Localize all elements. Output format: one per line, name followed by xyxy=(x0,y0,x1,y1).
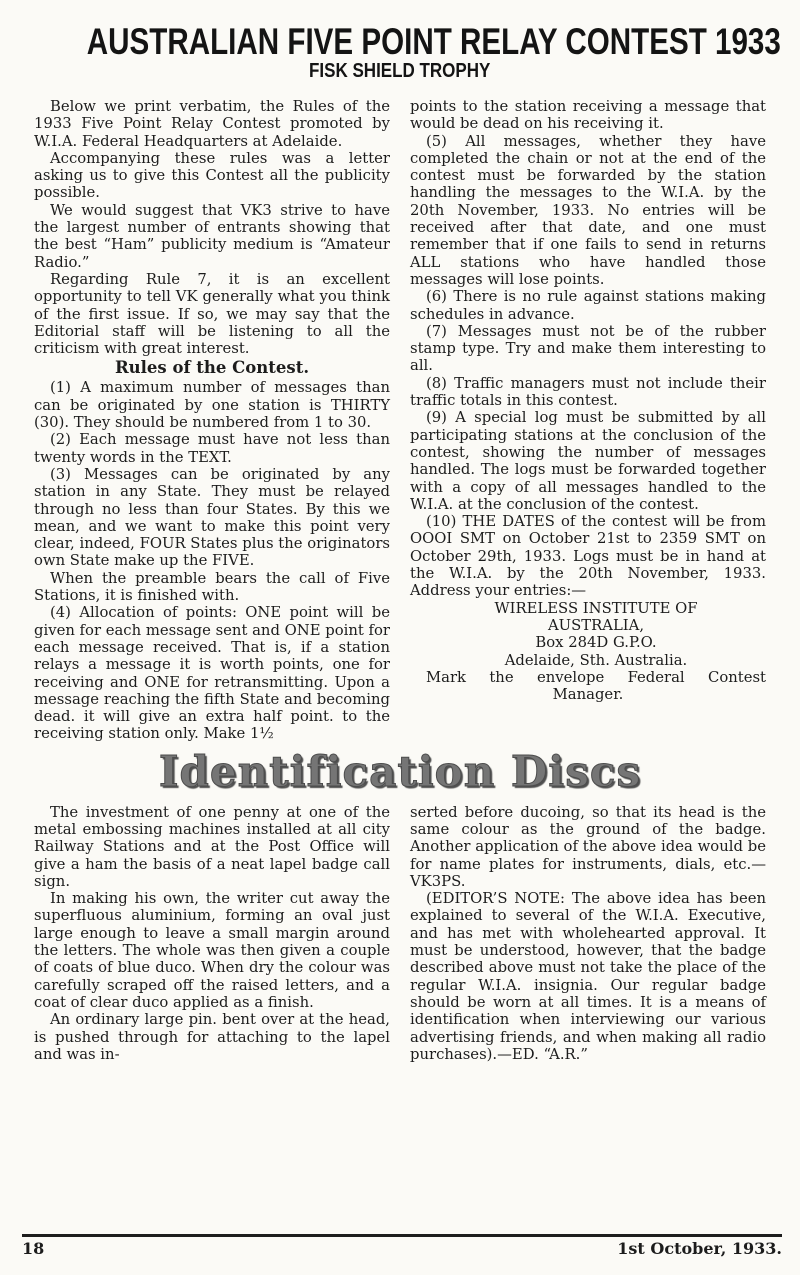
paragraph: Accompanying these rules was a letter as… xyxy=(34,150,390,202)
page-footer: 18 1st October, 1933. xyxy=(22,1234,782,1258)
rule-item: (9) A special log must be submitted by a… xyxy=(410,409,766,513)
address-line: AUSTRALIA, xyxy=(410,617,766,634)
rule-item: (4) Allocation of points: ONE point will… xyxy=(34,604,390,742)
rules-heading: Rules of the Contest. xyxy=(34,358,390,377)
page-title: AUSTRALIAN FIVE POINT RELAY CONTEST 1933 xyxy=(87,24,781,60)
address-line: WIRELESS INSTITUTE OF xyxy=(410,600,766,617)
rule-item: (1) A maximum number of messages than ca… xyxy=(34,379,390,431)
editors-note-paragraph: (EDITOR’S NOTE: The above idea has been … xyxy=(410,890,766,1063)
contest-right-column: points to the station receiving a messag… xyxy=(410,98,766,743)
rule-item: (5) All messages, whether they have comp… xyxy=(410,133,766,289)
page-subtitle: FISK SHIELD TROPHY xyxy=(0,60,800,82)
address-line: Adelaide, Sth. Australia. xyxy=(410,652,766,669)
page-subtitle-text: FISK SHIELD TROPHY xyxy=(309,60,490,82)
paragraph: In making his own, the writer cut away t… xyxy=(34,890,390,1011)
contest-left-column: Below we print verbatim, the Rules of th… xyxy=(34,98,390,743)
paragraph: Regarding Rule 7, it is an excellent opp… xyxy=(34,271,390,357)
rule-item: (2) Each message must have not less than… xyxy=(34,431,390,466)
discs-right-column: serted before ducoing, so that its head … xyxy=(410,804,766,1063)
rule-item: (10) THE DATES of the contest will be fr… xyxy=(410,513,766,599)
rule-item: (7) Messages must not be of the rubber s… xyxy=(410,323,766,375)
paragraph: An ordinary large pin. bent over at the … xyxy=(34,1011,390,1063)
paragraph: Below we print verbatim, the Rules of th… xyxy=(34,98,390,150)
continuation-paragraph: points to the station receiving a messag… xyxy=(410,98,766,133)
discs-article: The investment of one penny at one of th… xyxy=(0,804,800,1063)
discs-left-column: The investment of one penny at one of th… xyxy=(34,804,390,1063)
continuation-paragraph: serted before ducoing, so that its head … xyxy=(410,804,766,890)
paragraph: We would suggest that VK3 strive to have… xyxy=(34,202,390,271)
section-title-identification-discs: Identification Discs xyxy=(0,749,800,795)
closing-instruction: Mark the envelope Federal Contest Manage… xyxy=(410,669,766,704)
contest-article: Below we print verbatim, the Rules of th… xyxy=(0,98,800,743)
rule-item: When the preamble bears the call of Five… xyxy=(34,570,390,605)
rule-item: (3) Messages can be originated by any st… xyxy=(34,466,390,570)
magazine-page: AUSTRALIAN FIVE POINT RELAY CONTEST 1933… xyxy=(0,0,800,1275)
masthead: AUSTRALIAN FIVE POINT RELAY CONTEST 1933… xyxy=(0,0,800,82)
paragraph: The investment of one penny at one of th… xyxy=(34,804,390,890)
footer-date: 1st October, 1933. xyxy=(617,1239,782,1258)
rule-item: (8) Traffic managers must not include th… xyxy=(410,375,766,410)
rule-item: (6) There is no rule against stations ma… xyxy=(410,288,766,323)
address-line: Box 284D G.P.O. xyxy=(410,634,766,651)
footer-page-number: 18 xyxy=(22,1239,44,1258)
